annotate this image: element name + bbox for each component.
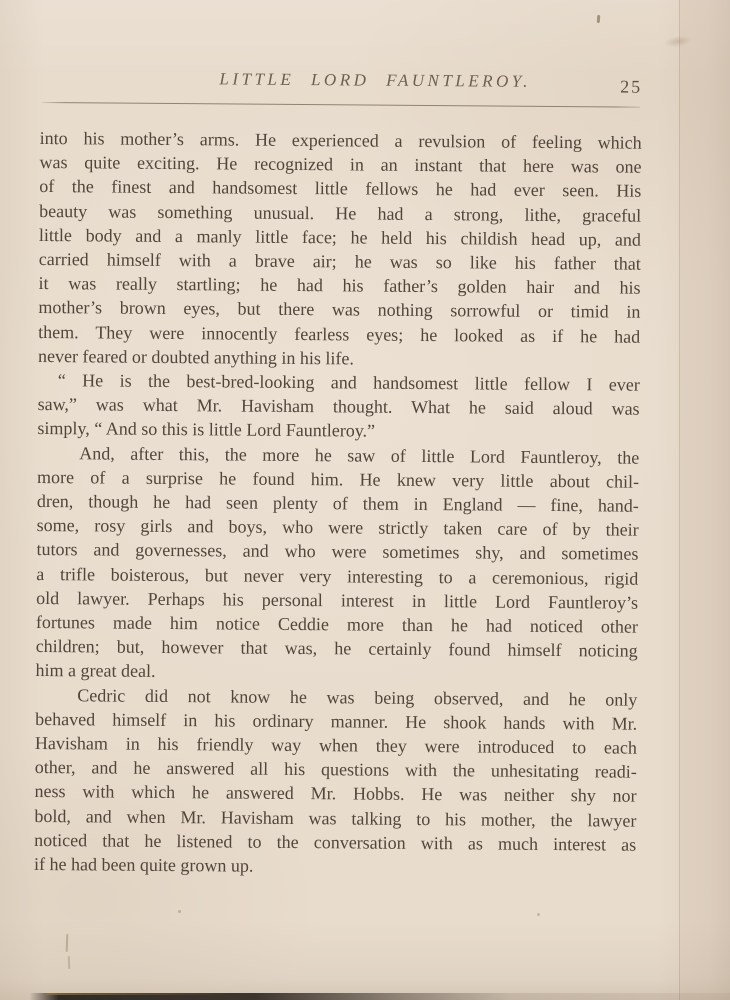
header-rule	[42, 102, 640, 108]
paragraph: Cedric did not know he was being observe…	[34, 683, 638, 881]
scanned-book-page: LITTLE LORD FAUNTLEROY. 25 into his moth…	[0, 0, 730, 1000]
page-number: 25	[620, 77, 642, 98]
text-line: if he had been quite grown up.	[34, 852, 636, 881]
body-text: into his mother’s arms. He experienced a…	[34, 126, 642, 881]
paragraph: And, after this, the more he saw of litt…	[35, 441, 639, 688]
running-header-title: LITTLE LORD FAUNTLEROY.	[60, 68, 690, 93]
printed-content: LITTLE LORD FAUNTLEROY. 25 into his moth…	[0, 0, 730, 1000]
paragraph: “ He is the best-bred-looking and handso…	[37, 368, 640, 445]
paragraph: into his mother’s arms. He experienced a…	[38, 126, 642, 373]
